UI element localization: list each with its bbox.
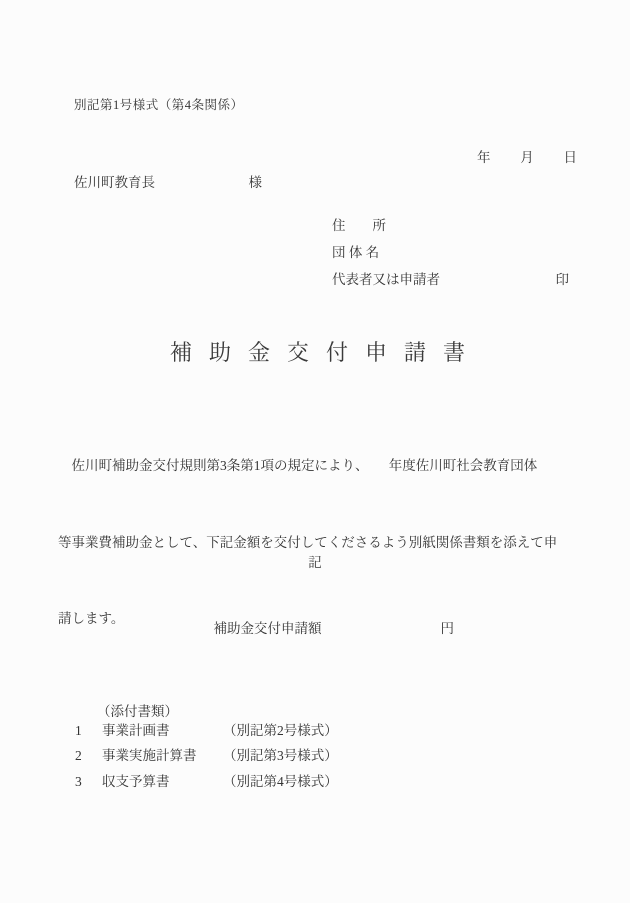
applicant-representative-row: 代表者又は申請者 印 bbox=[332, 268, 569, 288]
attachment-number: 2 bbox=[75, 743, 102, 768]
body-line: 佐川町補助金交付規則第3条第1項の規定により、 年度佐川町社会教育団体 bbox=[58, 453, 557, 479]
applicant-address-label: 住 所 bbox=[332, 214, 386, 234]
attachment-number: 3 bbox=[75, 769, 102, 794]
form-id-label: 別記第1号様式（第4条関係） bbox=[74, 95, 244, 113]
attachments-heading: （添付書類） bbox=[97, 700, 178, 720]
ki-marker: 記 bbox=[0, 551, 630, 571]
attachment-form-ref: （別記第3号様式） bbox=[223, 743, 338, 768]
attachment-name: 収支予算書 bbox=[102, 769, 223, 794]
honorific-label: 様 bbox=[249, 171, 263, 191]
attachments-list: 1 事業計画書 （別記第2号様式） 2 事業実施計算書 （別記第3号様式） 3 … bbox=[75, 718, 338, 794]
document-title: 補助金交付申請書 bbox=[170, 336, 482, 367]
representative-label: 代表者又は申請者 bbox=[332, 268, 440, 288]
attachment-number: 1 bbox=[75, 718, 102, 743]
attachment-form-ref: （別記第2号様式） bbox=[223, 718, 338, 743]
date-line: 年 月 日 bbox=[477, 146, 577, 166]
attachment-item: 2 事業実施計算書 （別記第3号様式） bbox=[75, 743, 338, 768]
addressee-name: 佐川町教育長 bbox=[74, 171, 155, 191]
applicant-org-label: 団 体 名 bbox=[332, 241, 379, 261]
application-form-page: 別記第1号様式（第4条関係） 年 月 日 佐川町教育長 様 住 所 団 体 名 … bbox=[0, 0, 630, 903]
attachment-item: 1 事業計画書 （別記第2号様式） bbox=[75, 718, 338, 743]
attachment-name: 事業実施計算書 bbox=[102, 743, 223, 768]
attachment-item: 3 収支予算書 （別記第4号様式） bbox=[75, 769, 338, 794]
date-year-label: 年 bbox=[477, 146, 491, 166]
amount-line: 補助金交付申請額円 bbox=[200, 601, 454, 653]
attachment-form-ref: （別記第4号様式） bbox=[223, 769, 338, 794]
amount-unit-label: 円 bbox=[441, 621, 455, 636]
amount-label: 補助金交付申請額 bbox=[214, 621, 322, 636]
seal-mark: 印 bbox=[556, 268, 570, 288]
attachment-name: 事業計画書 bbox=[102, 718, 223, 743]
date-day-label: 日 bbox=[564, 146, 578, 166]
date-month-label: 月 bbox=[520, 146, 534, 166]
addressee-line: 佐川町教育長 様 bbox=[74, 171, 262, 191]
